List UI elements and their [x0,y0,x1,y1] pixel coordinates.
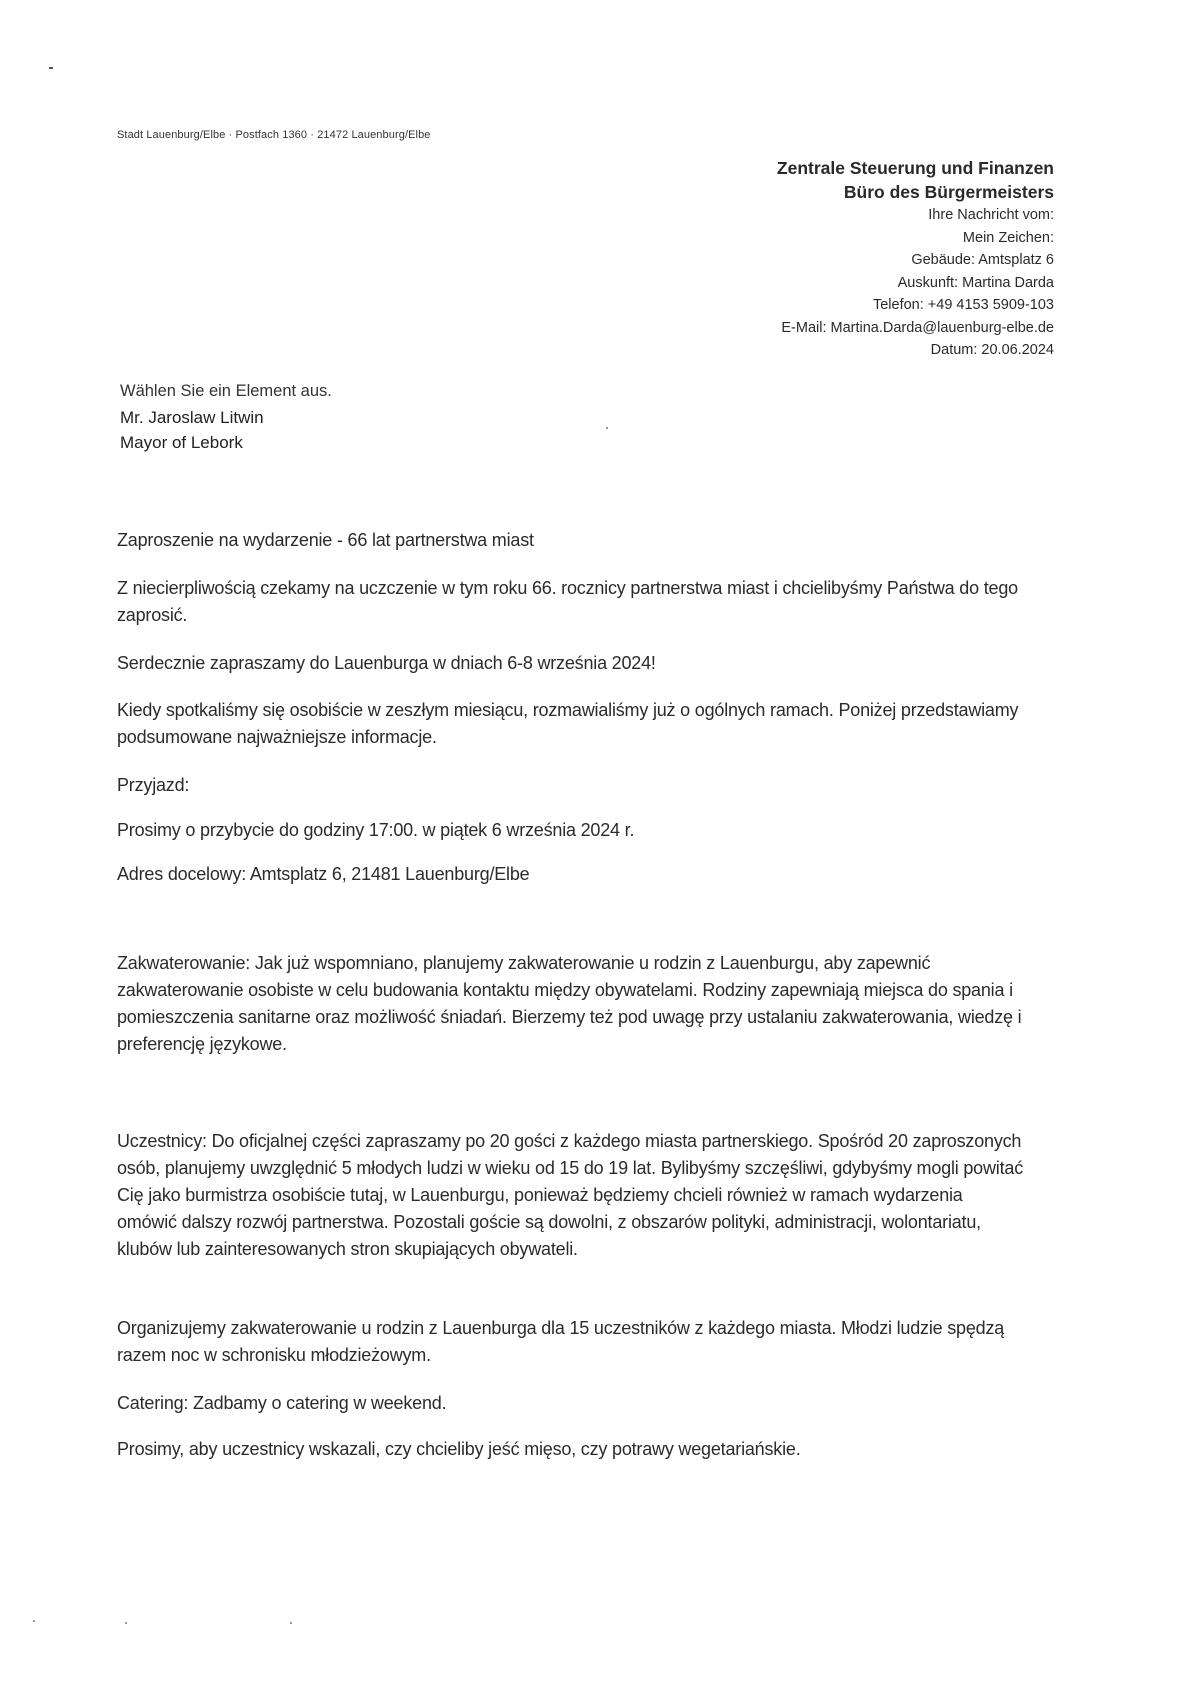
letterhead-info: Zentrale Steuerung und Finanzen Büro des… [777,156,1054,362]
paragraph-catering: Catering: Zadbamy o catering w weekend. [117,1390,1047,1417]
scan-speck [49,67,53,69]
letter-subject: Zaproszenie na wydarzenie - 66 lat partn… [117,527,1047,554]
scan-speck [33,1620,35,1622]
letter-page: Stadt Lauenburg/Elbe · Postfach 1360 · 2… [0,0,1200,1696]
recipient-title: Mayor of Lebork [120,430,332,456]
department-name: Zentrale Steuerung und Finanzen [777,156,1054,180]
paragraph-host-families: Organizujemy zakwaterowanie u rodzin z L… [117,1315,1037,1369]
email-field: E-Mail: Martina.Darda@lauenburg-elbe.de [777,317,1054,340]
paragraph-intro: Z niecierpliwością czekamy na uczczenie … [117,575,1077,629]
recipient-address: Wählen Sie ein Element aus. Mr. Jaroslaw… [120,379,332,456]
paragraph-meeting: Kiedy spotkaliśmy się osobiście w zeszły… [117,697,1067,751]
recipient-name: Mr. Jaroslaw Litwin [120,405,332,431]
recipient-placeholder: Wählen Sie ein Element aus. [120,379,332,405]
paragraph-invitation: Serdecznie zapraszamy do Lauenburga w dn… [117,650,1047,677]
scan-speck [290,1622,292,1624]
arrival-time: Prosimy o przybycie do godziny 17:00. w … [117,817,1047,844]
paragraph-diet: Prosimy, aby uczestnicy wskazali, czy ch… [117,1436,1047,1463]
office-name: Büro des Bürgermeisters [777,180,1054,204]
reference-field: Mein Zeichen: [777,227,1054,250]
building-field: Gebäude: Amtsplatz 6 [777,249,1054,272]
destination-address: Adres docelowy: Amtsplatz 6, 21481 Lauen… [117,861,1047,888]
contact-field: Auskunft: Martina Darda [777,272,1054,295]
scan-speck [606,427,608,429]
date-field: Datum: 20.06.2024 [777,339,1054,362]
scan-speck [125,1622,127,1624]
paragraph-participants: Uczestnicy: Do oficjalnej części zaprasz… [117,1128,1027,1263]
sender-return-address: Stadt Lauenburg/Elbe · Postfach 1360 · 2… [117,129,431,141]
phone-field: Telefon: +49 4153 5909-103 [777,294,1054,317]
arrival-label: Przyjazd: [117,772,1047,799]
paragraph-accommodation: Zakwaterowanie: Jak już wspomniano, plan… [117,950,1022,1058]
your-message-field: Ihre Nachricht vom: [777,204,1054,227]
